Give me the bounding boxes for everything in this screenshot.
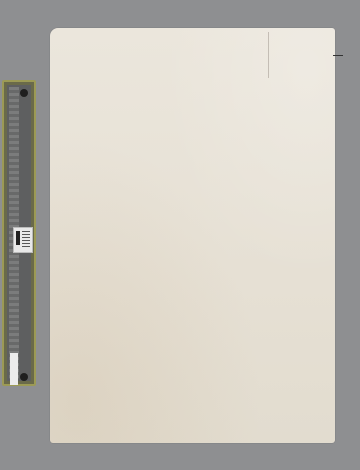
barcode-icon [16, 231, 20, 245]
label-lines [22, 231, 30, 247]
fold-mark [268, 32, 269, 78]
manuscript-page [50, 28, 335, 443]
punch-hole-top-icon [20, 89, 28, 97]
target-vertical-label [10, 353, 18, 385]
target-label-card [13, 227, 33, 253]
punch-hole-bottom-icon [20, 373, 28, 381]
document-scan [0, 0, 360, 470]
edge-mark [333, 55, 343, 56]
target-panel [7, 85, 31, 381]
color-calibration-target [2, 80, 36, 386]
